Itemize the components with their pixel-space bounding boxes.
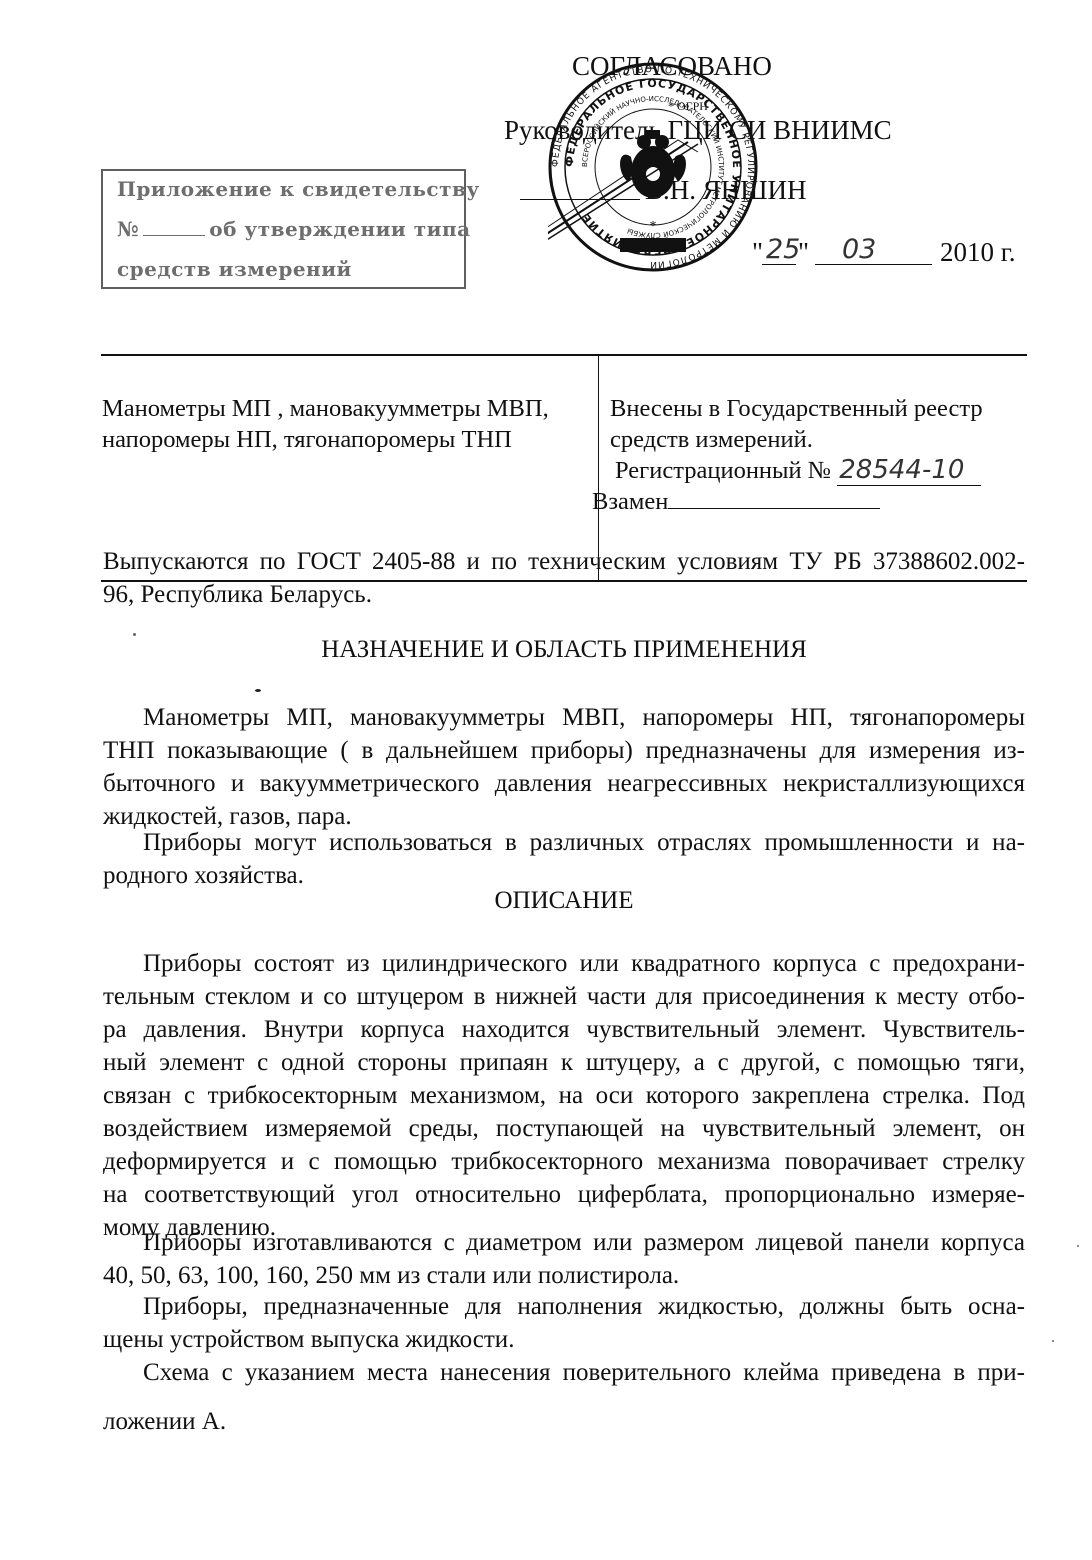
- date-close-quote: ": [798, 236, 809, 268]
- registration-number-value: 28544-10: [837, 455, 981, 486]
- appendix-line-1: Приложение к свидетельству: [117, 177, 480, 201]
- approval-title: СОГЛАСОВАНО: [572, 50, 772, 82]
- scan-speck: [133, 633, 136, 636]
- text-line: на соответствующий угол относительно циф…: [103, 1178, 1025, 1211]
- text-line: Приборы изготавливаются с диаметром или …: [103, 1226, 1025, 1259]
- text-line: тельным стеклом и со штуцером в нижней ч…: [103, 980, 1025, 1013]
- table-top-rule: [101, 354, 1027, 356]
- text-line: воздействием измеряемой среды, поступающ…: [103, 1112, 1025, 1145]
- replaces-label: Взамен: [592, 488, 668, 515]
- approval-signatory: В.Н. ЯНШИН: [645, 174, 807, 206]
- number-sign: №: [117, 217, 139, 241]
- svg-text:* ОГРН: * ОГРН: [668, 99, 708, 113]
- replaces-value: [668, 484, 880, 509]
- registration-number-row: Регистрационный № 28544-10: [615, 454, 981, 487]
- text-line: 96, Республика Беларусь.: [103, 578, 1025, 611]
- description-paragraph-3: Приборы, предназначенные для наполнения …: [103, 1290, 1025, 1356]
- scan-speck: [255, 689, 261, 692]
- manufacturing-standards: Выпускаются по ГОСТ 2405-88 и по техниче…: [103, 545, 1025, 611]
- date-year: 2010 г.: [940, 236, 1016, 268]
- text-line: Выпускаются по ГОСТ 2405-88 и по техниче…: [103, 545, 1025, 578]
- svg-text:ФЕДЕРАЛЬНОЕ ГОСУДАРСТВЕННОЕ УН: ФЕДЕРАЛЬНОЕ ГОСУДАРСТВЕННОЕ УНИТАРНОЕ ПР…: [563, 77, 743, 257]
- text-line: ложении А.: [103, 1405, 1025, 1438]
- date-day: 25: [766, 234, 800, 266]
- description-paragraph-1: Приборы состоят из цилиндрического или к…: [103, 947, 1025, 1244]
- text-line: Приборы могут использоваться в различных…: [103, 826, 1025, 859]
- device-names-line-1: Манометры МП , мановакуумметры МВП,: [102, 392, 549, 425]
- date-month: 03: [842, 234, 876, 266]
- text-line: Приборы состоят из цилиндрического или к…: [103, 947, 1025, 980]
- official-seal-icon: ФЕДЕРАЛЬНОЕ АГЕНТСТВО ПО ТЕХНИЧЕСКОМУ РЕ…: [548, 62, 758, 272]
- date-month-underline: [815, 264, 932, 265]
- text-line: быточного и вакуумметрического давления …: [103, 767, 1025, 800]
- purpose-paragraph-2: Приборы могут использоваться в различных…: [103, 826, 1025, 892]
- appendix-line-2-text: об утверждении типа: [209, 217, 470, 241]
- appendix-stamp-box: Приложение к свидетельству №об утвержден…: [101, 169, 466, 289]
- date-day-underline: [762, 264, 796, 265]
- svg-text:*: *: [650, 219, 657, 234]
- text-line: ТНП показывающие ( в дальнейшем приборы)…: [103, 734, 1025, 767]
- text-line: деформируется и с помощью трибкосекторно…: [103, 1145, 1025, 1178]
- scan-speck: [1052, 1340, 1054, 1342]
- section-heading-description: ОПИСАНИЕ: [101, 885, 1027, 917]
- text-line: 40, 50, 63, 100, 160, 250 мм из стали ил…: [103, 1259, 1025, 1292]
- replaces-row: Взамен: [592, 484, 880, 518]
- text-line: щены устройством выпуска жидкости.: [103, 1323, 1025, 1356]
- svg-text:ФЕДЕРАЛЬНОЕ АГЕНТСТВО ПО ТЕХНИ: ФЕДЕРАЛЬНОЕ АГЕНТСТВО ПО ТЕХНИЧЕСКОМУ РЕ…: [551, 65, 755, 269]
- purpose-paragraph-1: Манометры МП, мановакуумметры МВП, напор…: [103, 701, 1025, 833]
- signature-line: [520, 199, 640, 200]
- text-line: ра давления. Внутри корпуса находится чу…: [103, 1013, 1025, 1046]
- device-names-line-2: напоромеры НП, тягонапоромеры ТНП: [102, 423, 512, 456]
- text-line: Манометры МП, мановакуумметры МВП, напор…: [103, 701, 1025, 734]
- registry-line-2: средств измерений.: [610, 423, 813, 456]
- text-line: ный элемент с одной стороны припаян к шт…: [103, 1046, 1025, 1079]
- scan-speck: [1077, 1245, 1079, 1247]
- appendix-line-2: №об утверждении типа: [117, 217, 471, 241]
- registry-line-1: Внесены в Государственный реестр: [610, 392, 983, 425]
- section-heading-purpose: НАЗНАЧЕНИЕ И ОБЛАСТЬ ПРИМЕНЕНИЯ: [101, 634, 1027, 666]
- description-paragraph-4: Схема с указанием места нанесения повери…: [103, 1356, 1025, 1389]
- description-paragraph-2: Приборы изготавливаются с диаметром или …: [103, 1226, 1025, 1292]
- certificate-number-blank: [143, 235, 205, 236]
- approval-position: Руководитель ГЦИ СИ ВНИИМС: [504, 114, 892, 146]
- registration-number-label: Регистрационный №: [615, 457, 831, 484]
- description-paragraph-4-end: ложении А.: [103, 1405, 1025, 1438]
- appendix-line-3: средств измерений: [117, 257, 352, 281]
- text-line: связан с трибкосекторным механизмом, на …: [103, 1079, 1025, 1112]
- text-line: Приборы, предназначенные для наполнения …: [103, 1290, 1025, 1323]
- text-line: Схема с указанием места нанесения повери…: [103, 1356, 1025, 1389]
